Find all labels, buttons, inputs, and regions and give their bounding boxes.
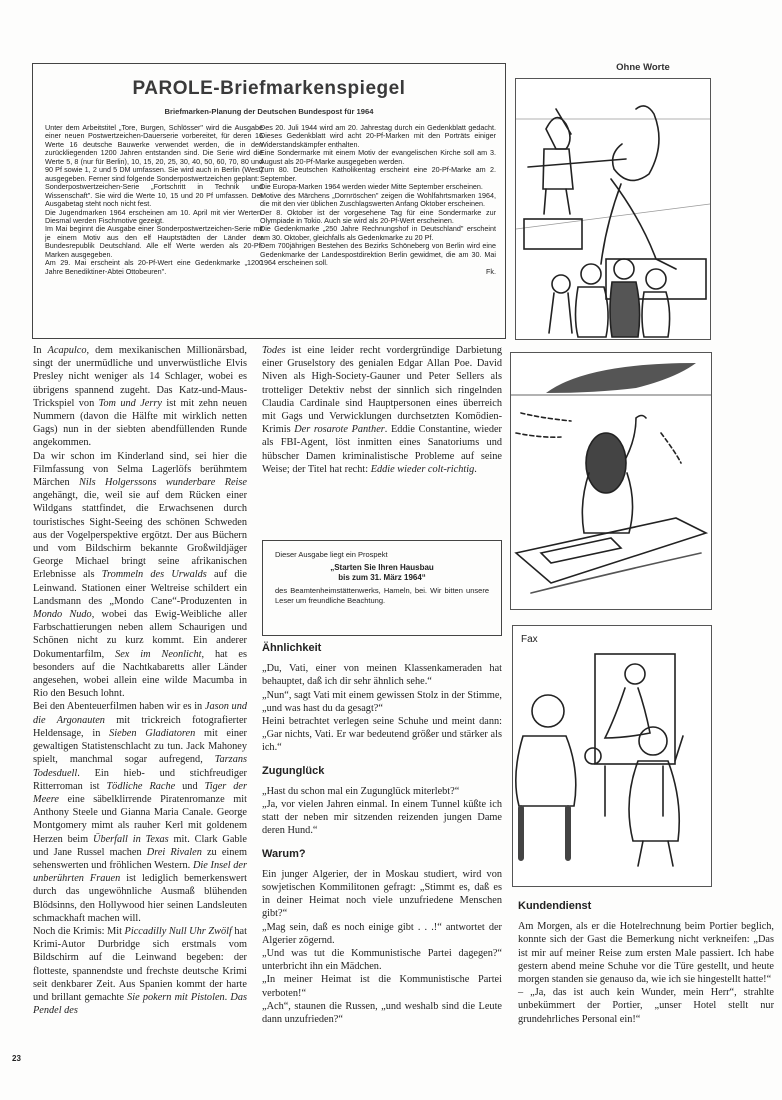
film-review-continuation: Todes ist eine leider recht vordergründi… xyxy=(262,344,502,476)
paragraph: Heini betrachtet verlegen seine Schuhe u… xyxy=(262,715,502,755)
museum-statues-cartoon xyxy=(515,78,711,340)
paragraph: „Und was tut die Kommunistische Partei d… xyxy=(262,947,502,973)
joke-title: Warum? xyxy=(262,848,502,861)
painter-model-illustration: Fax xyxy=(513,626,711,886)
prospectus-notice-box: Dieser Ausgabe liegt ein Prospekt „Start… xyxy=(262,540,502,636)
paragraph: „Ach“, staunen die Russen, „und weshalb … xyxy=(262,1000,502,1026)
paragraph: Des 20. Juli 1944 wird am 20. Jahrestag … xyxy=(260,124,496,149)
paragraph: „Du, Vati, einer von meinen Klassenkamer… xyxy=(262,662,502,688)
paragraph: Da wir schon im Kinderland sind, sei hie… xyxy=(33,450,247,701)
paragraph: – „Ja, das ist auch kein Wunder, mein He… xyxy=(518,986,774,1026)
notice-body: des Beamtenheimstättenwerks, Hameln, bei… xyxy=(275,586,489,606)
stamp-box-right-column: Des 20. Juli 1944 wird am 20. Jahrestag … xyxy=(260,124,496,276)
paragraph: Ein junger Algerier, der in Moskau studi… xyxy=(262,868,502,921)
stamp-box-subtitle: Briefmarken-Planung der Deutschen Bundes… xyxy=(33,107,505,116)
castaway-raft-cartoon xyxy=(510,352,712,610)
painter-model-cartoon: Fax xyxy=(512,625,712,887)
author-signature: Fk. xyxy=(260,268,496,276)
paragraph: Die Jugendmarken 1964 erscheinen am 10. … xyxy=(45,209,263,226)
paragraph: Am 29. Mai erscheint als 20-Pf-Wert eine… xyxy=(45,259,263,276)
joke-title: Zugunglück xyxy=(262,765,502,778)
middle-column: Todes ist eine leider recht vordergründi… xyxy=(262,344,502,476)
cartoon-section-title: Ohne Worte xyxy=(515,62,771,73)
stamp-planning-box: PAROLE-Briefmarkenspiegel Briefmarken-Pl… xyxy=(32,63,506,339)
paragraph: „Mag sein, daß es noch einige gibt . . .… xyxy=(262,921,502,947)
castaway-raft-illustration xyxy=(511,353,711,609)
joke-title: Ähnlichkeit xyxy=(262,642,502,655)
paragraph: Sonderpostwertzeichen-Serie „Fortschritt… xyxy=(45,183,263,208)
page-number: 23 xyxy=(12,1054,21,1063)
paragraph: „Hast du schon mal ein Zugunglück miterl… xyxy=(262,785,502,798)
paragraph: Der 8. Oktober ist der vorgesehene Tag f… xyxy=(260,209,496,226)
paragraph: Unter dem Arbeitstitel „Tore, Burgen, Sc… xyxy=(45,124,263,183)
notice-intro: Dieser Ausgabe liegt ein Prospekt xyxy=(275,550,489,560)
paragraph: Am Morgen, als er die Hotelrechnung beim… xyxy=(518,920,774,986)
paragraph: „In meiner Heimat ist die Kommunistische… xyxy=(262,973,502,999)
notice-headline: „Starten Sie Ihren Hausbau xyxy=(275,563,489,573)
paragraph: Motive des Märchens „Dornröschen" zeigen… xyxy=(260,192,496,209)
film-review-column: In Acapulco, dem mexikanischen Millionär… xyxy=(33,344,247,1017)
paragraph: Zum 80. Deutschen Katholikentag erschein… xyxy=(260,166,496,183)
joke-kundendienst: Kundendienst Am Morgen, als er die Hotel… xyxy=(518,900,774,1026)
cartoon-signature: Fax xyxy=(521,634,538,645)
paragraph: Noch die Krimis: Mit Piccadilly Null Uhr… xyxy=(33,925,247,1017)
paragraph: Dem 700jährigen Bestehen des Bezirks Sch… xyxy=(260,242,496,267)
stamp-box-title: PAROLE-Briefmarkenspiegel xyxy=(33,78,505,100)
museum-statues-illustration xyxy=(516,79,710,339)
paragraph: Bei den Abenteuerfilmen haben wir es in … xyxy=(33,700,247,924)
paragraph: Die Gedenkmarke „250 Jahre Rechnungshof … xyxy=(260,225,496,242)
jokes-middle: Ähnlichkeit „Du, Vati, einer von meinen … xyxy=(262,642,502,1026)
joke-title: Kundendienst xyxy=(518,900,774,913)
paragraph: „Nun“, sagt Vati mit einem gewissen Stol… xyxy=(262,689,502,715)
paragraph: Eine Sondermarke mit einem Motiv der eva… xyxy=(260,149,496,166)
stamp-box-left-column: Unter dem Arbeitstitel „Tore, Burgen, Sc… xyxy=(45,124,263,276)
notice-headline: bis zum 31. März 1964“ xyxy=(275,573,489,583)
paragraph: „Ja, vor vielen Jahren einmal. In einem … xyxy=(262,798,502,838)
paragraph: Im Mai beginnt die Ausgabe einer Sonderp… xyxy=(45,225,263,259)
paragraph: In Acapulco, dem mexikanischen Millionär… xyxy=(33,344,247,450)
